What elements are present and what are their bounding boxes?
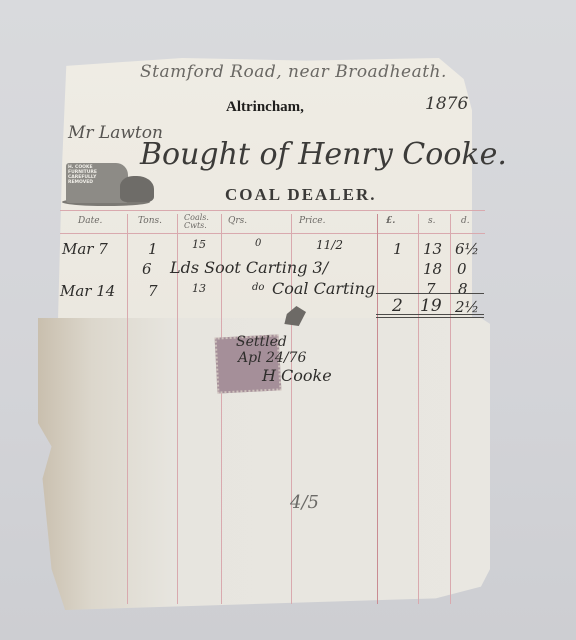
row1-tons: 1 — [148, 240, 158, 258]
header-cwts: Coals. Cwts. — [184, 214, 218, 230]
town-name: Altrincham, — [226, 99, 304, 116]
header-qrs: Qrs. — [228, 216, 247, 226]
total-rule-top — [376, 293, 484, 294]
row3-tons: 7 — [148, 282, 158, 300]
row2-tons: 6 — [142, 260, 152, 278]
header-price: Price. — [299, 216, 325, 226]
row1-qrs: 0 — [255, 238, 261, 249]
row1-price: 11/2 — [316, 238, 343, 252]
header-shillings: s. — [428, 216, 435, 226]
row3-description: Coal Carting — [272, 279, 375, 298]
wagon-text: H. COOKE FURNITURE CAREFULLY REMOVED — [68, 165, 97, 185]
header-pence: d. — [461, 216, 470, 226]
row3-qrs: do — [252, 282, 264, 293]
row1-shillings: 13 — [423, 240, 442, 258]
header-tons: Tons. — [138, 216, 162, 226]
row2-description: Lds Soot Carting 3/ — [170, 258, 328, 277]
row3-cwts: 13 — [192, 282, 206, 295]
row1-pence: 6½ — [455, 240, 479, 258]
receipt-settled: Settled — [236, 334, 287, 350]
header-date: Date. — [78, 216, 102, 226]
total-rule-bottom-2 — [376, 317, 484, 318]
header-rule-bottom — [60, 233, 485, 234]
row3-pence: 8 — [458, 280, 468, 298]
column-rule-price — [377, 214, 378, 604]
row1-date: Mar 7 — [62, 240, 108, 258]
pencil-note: 4/5 — [290, 492, 319, 513]
horse-icon — [120, 176, 154, 202]
trade-title: COAL DEALER. — [225, 185, 377, 205]
address-line: Stamford Road, near Broadheath. — [140, 62, 447, 82]
row3-date: Mar 14 — [60, 282, 115, 300]
row1-cwts: 15 — [192, 238, 206, 251]
bought-of-heading: Bought of Henry Cooke. — [140, 137, 507, 172]
receipt-signature: H Cooke — [262, 366, 332, 385]
column-rule-shillings — [450, 214, 451, 604]
receipt-date: Apl 24/76 — [238, 350, 306, 366]
header-rule-top — [60, 210, 485, 211]
total-rule-bottom-1 — [376, 314, 484, 315]
total-pounds: 2 — [392, 296, 403, 316]
header-pounds: £. — [386, 216, 395, 226]
furniture-wagon-icon: H. COOKE FURNITURE CAREFULLY REMOVED — [66, 163, 128, 203]
row2-shillings: 18 — [423, 260, 442, 278]
row2-pence: 0 — [457, 260, 467, 278]
column-rule-pounds — [418, 214, 419, 604]
column-rule-date — [127, 214, 128, 604]
invoice-year: 1876 — [425, 94, 468, 114]
row1-pounds: 1 — [393, 240, 403, 258]
total-shillings: 19 — [420, 296, 442, 316]
